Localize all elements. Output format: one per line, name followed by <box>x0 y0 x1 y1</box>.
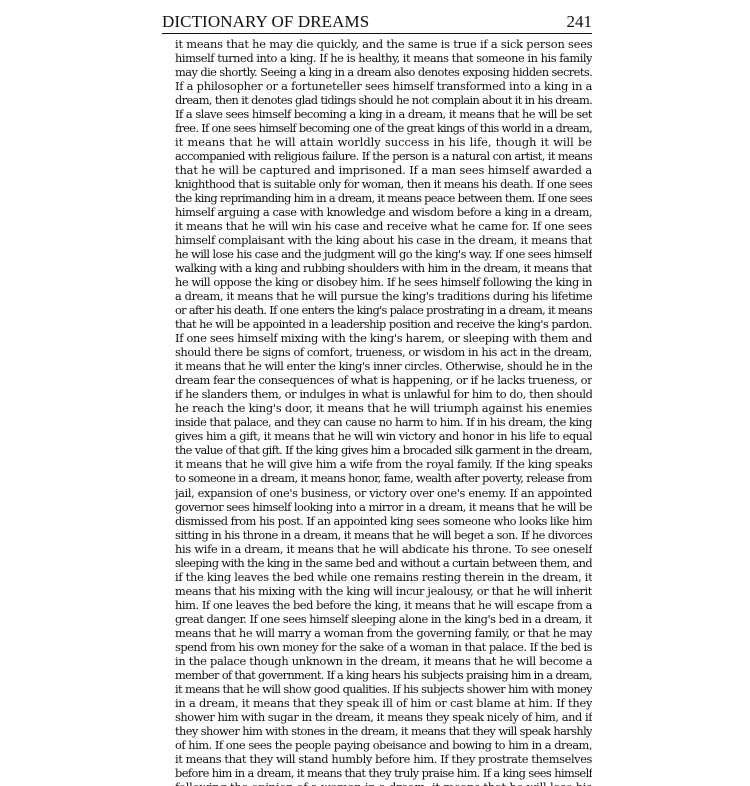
text-line: means that his mixing with the king will… <box>175 584 592 598</box>
text-line: If a slave sees himself becoming a king … <box>175 107 592 121</box>
text-line: gives him a gift, it means that he will … <box>175 429 592 443</box>
text-line: his wife in a dream, it means that he wi… <box>175 542 592 556</box>
text-line: sitting in his throne in a dream, it mea… <box>175 528 592 542</box>
text-line: the king reprimanding him in a dream, it… <box>175 191 592 205</box>
text-line: following the opinion of a woman in a dr… <box>175 780 592 786</box>
text-line: he reach the king's door, it means that … <box>175 401 592 415</box>
text-line: it means that he will give him a wife fr… <box>175 457 592 471</box>
text-line: should there be signs of comfort, truene… <box>175 345 592 359</box>
text-line: walking with a king and rubbing shoulder… <box>175 261 592 275</box>
text-line: of him. If one sees the people paying ob… <box>175 738 592 752</box>
text-line: free. If one sees himself becoming one o… <box>175 121 592 135</box>
header-rule <box>162 33 592 34</box>
text-line: jail, expansion of one's business, or vi… <box>175 486 592 500</box>
text-line: before him in a dream, it means that the… <box>175 766 592 780</box>
text-line: may die shortly. Seeing a king in a drea… <box>175 65 592 79</box>
text-line: dismissed from his post. If an appointed… <box>175 514 592 528</box>
text-line: if the king leaves the bed while one rem… <box>175 570 592 584</box>
text-line: himself turned into a king. If he is hea… <box>175 51 592 65</box>
text-line: it means that he will attain worldly suc… <box>175 135 592 149</box>
text-line: himself complaisant with the king about … <box>175 233 592 247</box>
text-line: that he will be appointed in a leadershi… <box>175 317 592 331</box>
text-line: a dream, it means that he will pursue th… <box>175 289 592 303</box>
text-line: sleeping with the king in the same bed a… <box>175 556 592 570</box>
text-line: If a philosopher or a fortuneteller sees… <box>175 79 592 93</box>
text-line: he will oppose the king or disobey him. … <box>175 275 592 289</box>
text-line: that he will be captured and imprisoned.… <box>175 163 592 177</box>
book-page: DICTIONARY OF DREAMS 241 it means that h… <box>0 0 750 786</box>
running-head: DICTIONARY OF DREAMS 241 <box>162 12 592 32</box>
text-line: or after his death. If one enters the ki… <box>175 303 592 317</box>
text-line: it means that he will enter the king's i… <box>175 359 592 373</box>
text-line: it means that he may die quickly, and th… <box>175 37 592 51</box>
text-line: it means that they will stand humbly bef… <box>175 752 592 766</box>
text-line: himself arguing a case with knowledge an… <box>175 205 592 219</box>
text-line: in the palace though unknown in the drea… <box>175 654 592 668</box>
body-text: it means that he may die quickly, and th… <box>175 37 592 786</box>
text-line: means that he will marry a woman from th… <box>175 626 592 640</box>
text-line: dream, then it denotes glad tidings shou… <box>175 93 592 107</box>
text-line: If one sees himself mixing with the king… <box>175 331 592 345</box>
text-line: him. If one leaves the bed before the ki… <box>175 598 592 612</box>
page-number: 241 <box>567 12 593 32</box>
text-line: they shower him with stones in the dream… <box>175 724 592 738</box>
text-line: knighthood that is suitable only for wom… <box>175 177 592 191</box>
text-line: it means that he will win his case and r… <box>175 219 592 233</box>
text-line: if he slanders them, or indulges in what… <box>175 387 592 401</box>
text-line: he will lose his case and the judgment w… <box>175 247 592 261</box>
text-line: in a dream, it means that they speak ill… <box>175 696 592 710</box>
text-line: governor sees himself looking into a mir… <box>175 500 592 514</box>
running-head-title: DICTIONARY OF DREAMS <box>162 12 369 32</box>
text-line: spend from his own money for the sake of… <box>175 640 592 654</box>
text-line: dream fear the consequences of what is h… <box>175 373 592 387</box>
text-line: to someone in a dream, it means honor, f… <box>175 471 592 485</box>
text-line: the value of that gift. If the king give… <box>175 443 592 457</box>
text-line: great danger. If one sees himself sleepi… <box>175 612 592 626</box>
text-line: accompanied with religious failure. If t… <box>175 149 592 163</box>
text-line: member of that government. If a king hea… <box>175 668 592 682</box>
text-line: shower him with sugar in the dream, it m… <box>175 710 592 724</box>
text-line: inside that palace, and they can cause n… <box>175 415 592 429</box>
text-line: it means that he will show good qualitie… <box>175 682 592 696</box>
